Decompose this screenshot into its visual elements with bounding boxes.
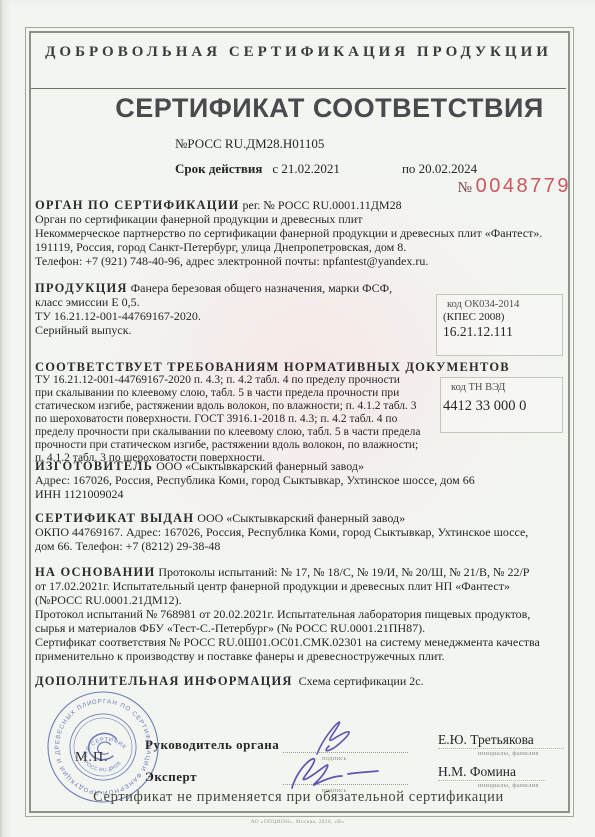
validity-row: Срок действияс 21.02.2021по 20.02.2024 (175, 161, 477, 177)
serial-number: № 0048779 (458, 175, 571, 198)
section-line: Орган по сертификации фанерной продукции… (35, 212, 542, 226)
section-line: применительно к производству и поставке … (35, 649, 540, 663)
section-label: ИЗГОТОВИТЕЛЬ (35, 459, 153, 473)
section-label: СООТВЕТСТВУЕТ ТРЕБОВАНИЯМ НОРМАТИВНЫХ ДО… (35, 361, 510, 374)
section-line: прочности при статическом изгибе, растяж… (35, 439, 513, 452)
issued-to-name: ООО «Сыктывкарский фанерный завод» (197, 511, 405, 525)
section-label: ПРОДУКЦИЯ (35, 281, 128, 295)
validity-label: Срок действия (175, 161, 262, 176)
page-title: СЕРТИФИКАТ СООТВЕТСТВИЯ (0, 93, 595, 124)
section-line: Фанера березовая общего назначения, марк… (131, 281, 392, 295)
section-line: класс эмиссии Е 0,5. (35, 295, 392, 309)
section-additional-info: ДОПОЛНИТЕЛЬНАЯ ИНФОРМАЦИЯ Схема сертифик… (35, 674, 424, 688)
band-title: ДОБРОВОЛЬНАЯ СЕРТИФИКАЦИЯ ПРОДУКЦИИ (31, 44, 566, 61)
code-box-sub: (КПЕС 2008) (443, 311, 556, 323)
section-line: ТУ 16.21.12-001-44769167-2020. (35, 309, 392, 323)
serial-digits: 0048779 (476, 175, 571, 197)
section-line: от 17.02.2021г. Испытательный центр фане… (35, 579, 540, 593)
name-caption: инициалы, фамилия (478, 782, 539, 789)
section-basis: НА ОСНОВАНИИПротоколы испытаний: № 17, №… (35, 565, 540, 663)
mp-seal-mark: М.П. (75, 750, 109, 766)
code-box-ok034: код ОК034-2014 (КПЕС 2008) 16.21.12.111 (436, 294, 563, 356)
header-band: ДОБРОВОЛЬНАЯ СЕРТИФИКАЦИЯ ПРОДУКЦИИ (31, 33, 566, 89)
signee-name: Е.Ю. Третьякова (438, 732, 564, 749)
code-box-tnved: код ТН ВЭД 4412 33 000 0 (440, 377, 563, 433)
section-label: ДОПОЛНИТЕЛЬНАЯ ИНФОРМАЦИЯ (35, 674, 293, 688)
role-head-of-body: Руководитель органа (145, 737, 279, 753)
serial-prefix: № (458, 180, 472, 196)
additional-text: Схема сертификации 2с. (299, 674, 424, 688)
section-line: Протоколы испытаний: № 17, № 18/С, № 19/… (158, 565, 529, 579)
section-issued-to: СЕРТИФИКАТ ВЫДАНООО «Сыктывкарский фанер… (35, 511, 528, 553)
section-line: Телефон: +7 (921) 748-40-96, адрес элект… (35, 254, 542, 268)
valid-from-date: с 21.02.2021 (272, 161, 340, 176)
section-line: Некоммерческое партнерство по сертификац… (35, 226, 542, 240)
section-line: Сертификат соответствия № РОСС RU.0Ш01.О… (35, 635, 540, 649)
section-line: дом 66. Телефон: +7 (8212) 29-38-48 (35, 539, 528, 553)
section-line: Адрес: 167026, Россия, Республика Коми, … (35, 473, 475, 487)
name-caption: инициалы, фамилия (478, 750, 539, 757)
code-box-label: код ОК034-2014 (443, 299, 556, 310)
section-line: 191119, Россия, город Санкт-Петербург, у… (35, 240, 542, 254)
section-line: Протокол испытаний № 768981 от 20.02.202… (35, 607, 540, 621)
section-label: ОРГАН ПО СЕРТИФИКАЦИИ (35, 198, 240, 212)
section-line: (№РОСС RU.0001.21ДМ12). (35, 593, 540, 607)
section-line: ОКПО 44769167. Адрес: 167026, Россия, Ре… (35, 525, 528, 539)
section-line: ИНН 1121009024 (35, 487, 475, 501)
section-label: НА ОСНОВАНИИ (35, 565, 155, 579)
section-product: ПРОДУКЦИЯФанера березовая общего назначе… (35, 281, 392, 337)
valid-to-date: по 20.02.2024 (402, 161, 477, 176)
code-box-label: код ТН ВЭД (447, 382, 556, 393)
certificate-page: ДОБРОВОЛЬНАЯ СЕРТИФИКАЦИЯ ПРОДУКЦИИ СЕРТ… (0, 0, 595, 837)
section-label: СЕРТИФИКАТ ВЫДАН (35, 511, 194, 525)
certificate-reg-number: №РОСС RU.ДМ28.Н01105 (175, 136, 324, 152)
footer-note: Сертификат не применяется при обязательн… (31, 789, 566, 806)
manufacturer-name: ООО «Сыктывкарский фанерный завод» (156, 459, 364, 473)
section-certification-body: ОРГАН ПО СЕРТИФИКАЦИИрег. № РОСС RU.0001… (35, 198, 542, 268)
section-manufacturer: ИЗГОТОВИТЕЛЬООО «Сыктывкарский фанерный … (35, 459, 475, 501)
role-expert: Эксперт (145, 769, 197, 785)
code-box-value: 4412 33 000 0 (443, 398, 556, 415)
section-line: Серийный выпуск. (35, 323, 392, 337)
section-line: сырья и материалов ФБУ «Тест-С.-Петербур… (35, 621, 540, 635)
code-box-value: 16.21.12.111 (443, 324, 556, 340)
body-reg-number: рег. № РОСС RU.0001.11ДМ28 (243, 198, 402, 212)
printer-imprint: АО «ОПЦИОН», Москва, 2020, «В» (0, 819, 595, 825)
signee-name: Н.М. Фомина (438, 764, 546, 781)
